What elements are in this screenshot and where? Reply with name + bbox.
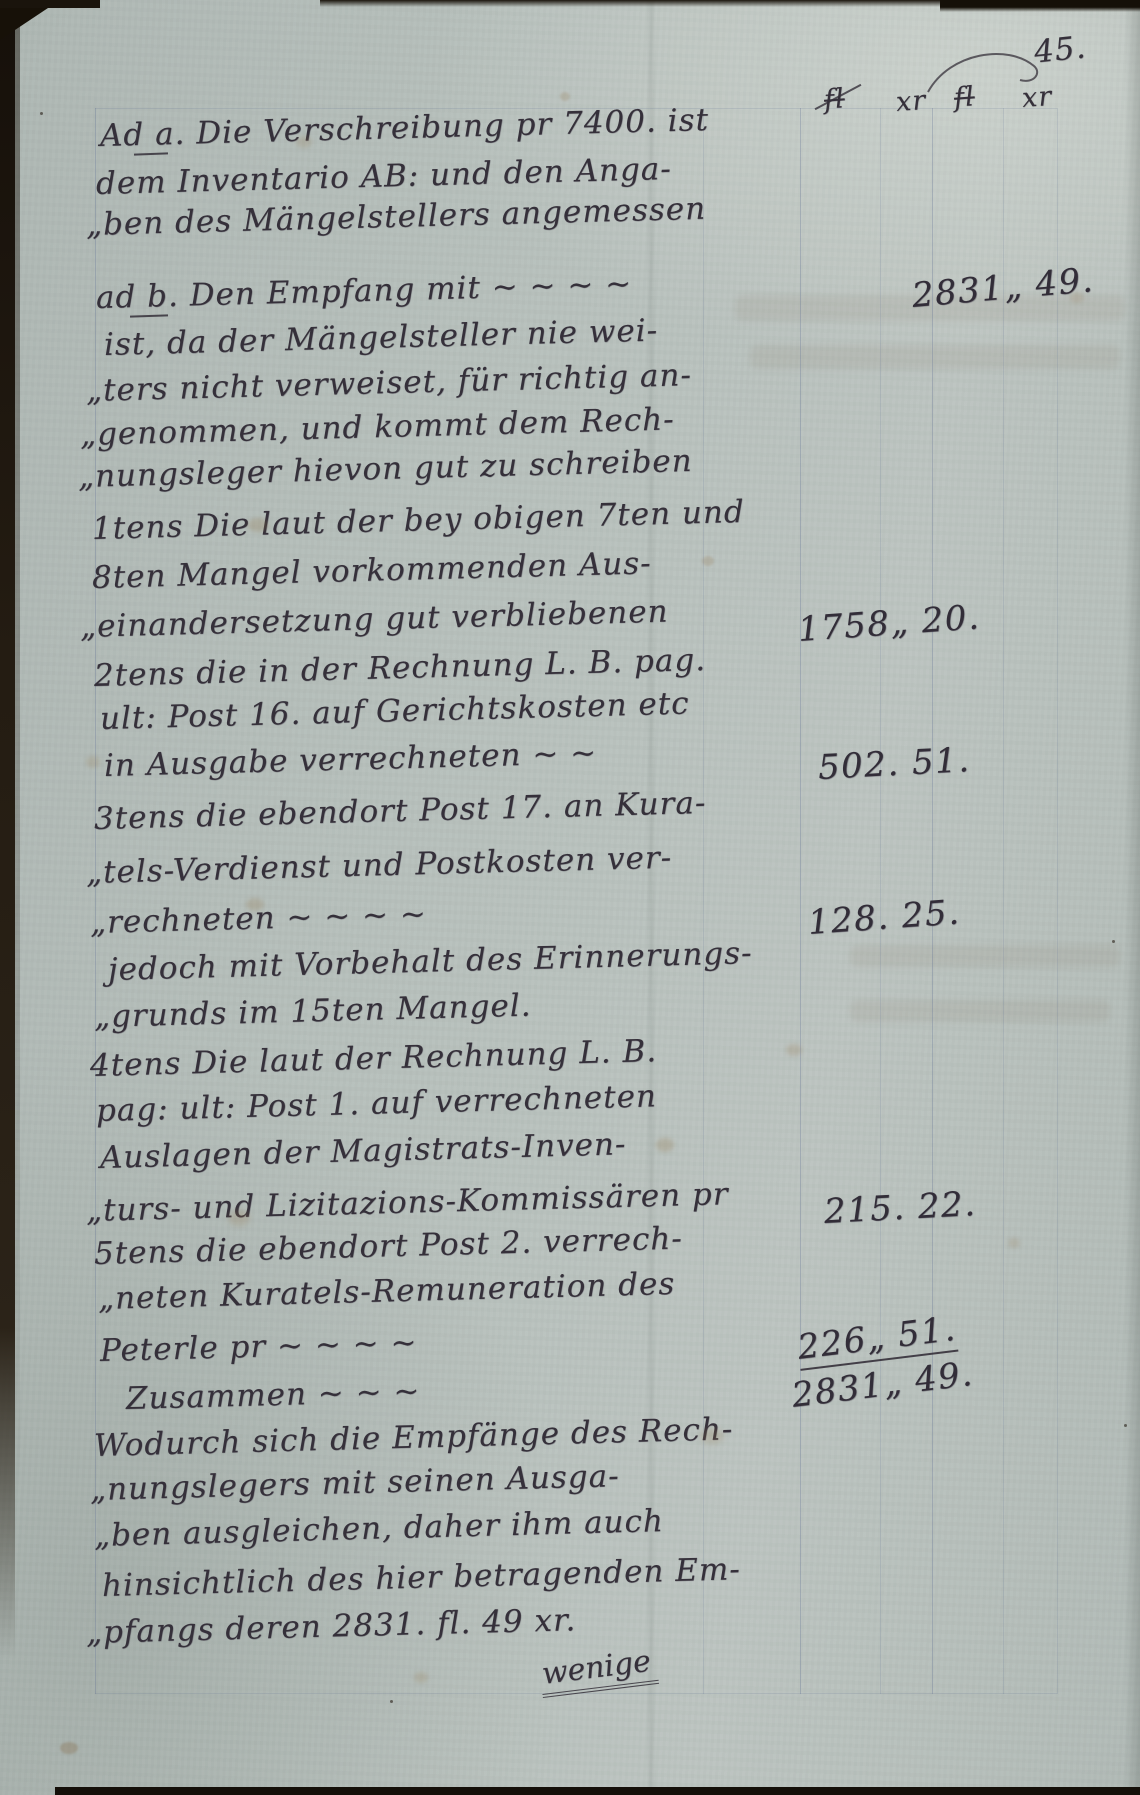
manuscript-line: pag: ult: Post 1. auf verrechneten [96,1078,658,1129]
dust-speck [40,112,43,115]
binding-edge [0,0,15,1660]
manuscript-line: 1tens Die laut der bey obigen 7ten und [92,494,746,547]
foxing-spot [86,756,100,768]
scan-edge-top [940,0,1140,12]
manuscript-line: „nungslegers mit seinen Ausga- [90,1458,620,1508]
foxing-spot [1008,1238,1020,1248]
manuscript-line: ult: Post 16. auf Gerichtskosten etc [100,686,690,737]
manuscript-line: jedoch mit Vorbehalt des Erinnerungs- [108,935,753,988]
manuscript-line: Auslagen der Magistrats-Inven- [100,1126,627,1176]
manuscript-line: ad b. Den Empfang mit ~ ~ ~ ~ [96,266,633,316]
amount-entry: 1758„ 20. [797,597,982,650]
manuscript-line: „grunds im 15ten Mangel. [94,988,532,1035]
manuscript-line: 3tens die ebendort Post 17. an Kura- [94,785,707,837]
foxing-spot [414,1672,428,1683]
manuscript-line: „neten Kuratels-Remuneration des [98,1266,676,1317]
manuscript-line: Wodurch sich die Empfänge des Rech- [94,1411,734,1464]
dust-speck [1112,940,1115,943]
manuscript-line: hinsichtlich des hier betragenden Em- [102,1551,742,1604]
manuscript-page: 45. fl xr fl xr Ad a. Die Verschreibung … [0,0,1140,1795]
manuscript-line: Ad a. Die Verschreibung pr 7400. ist [100,102,710,154]
binding-edge-ragged [15,0,20,1500]
manuscript-line: „ben ausgleichen, daher ihm auch [94,1503,665,1554]
right-edge-shade [1124,0,1140,1795]
foxing-spot [560,92,570,101]
scan-edge-top [320,0,960,7]
amount-entry: 502. 51. [817,740,971,788]
manuscript-line: Zusammen ~ ~ ~ [126,1373,421,1417]
amount-entry: 215. 22. [823,1184,977,1232]
manuscript-line: 4tens Die laut der Rechnung L. B. [90,1033,658,1084]
manuscript-line: „rechneten ~ ~ ~ ~ [90,896,428,941]
manuscript-line: Peterle pr ~ ~ ~ ~ [100,1325,418,1369]
ruled-frame-right [1057,108,1058,1694]
ink-underline [130,314,168,317]
foxing-spot [656,1138,674,1152]
manuscript-line: „nungsleger hievon gut zu schreiben [78,443,694,495]
manuscript-line: 5tens die ebendort Post 2. verrech- [94,1221,684,1272]
dust-speck [1124,1424,1127,1427]
manuscript-line: 8ten Mangel vorkommenden Aus- [92,545,653,596]
amount-entry: 2831„ 49. [910,260,1095,316]
showthrough-band [850,1000,1110,1022]
manuscript-line: „ters nicht verweiset, für richtig an- [86,357,693,409]
column-rule [1003,108,1004,1694]
catchword: wenige [538,1643,659,1698]
manuscript-line: in Ausgabe verrechneten ~ ~ [104,735,598,784]
scan-edge-top [0,0,100,8]
column-rule [703,108,704,1694]
manuscript-line: 2tens die in der Rechnung L. B. pag. [94,642,707,694]
showthrough-band [850,945,1120,967]
manuscript-line: ist, da der Mängelsteller nie wei- [104,312,659,362]
manuscript-line: „einandersetzung gut verbliebenen [80,594,669,645]
column-rule [800,108,801,1694]
ink-underline [134,152,168,155]
manuscript-line: „pfangs deren 2831. fl. 49 xr. [86,1602,577,1651]
dust-speck [390,1700,393,1703]
manuscript-line: „tels-Verdienst und Postkosten ver- [86,840,673,891]
showthrough-band [750,345,1120,369]
amount-entry: 128. 25. [807,892,962,943]
foxing-spot [60,1742,78,1754]
scan-edge-bottom [55,1787,1140,1795]
pen-flourish [922,46,1052,102]
